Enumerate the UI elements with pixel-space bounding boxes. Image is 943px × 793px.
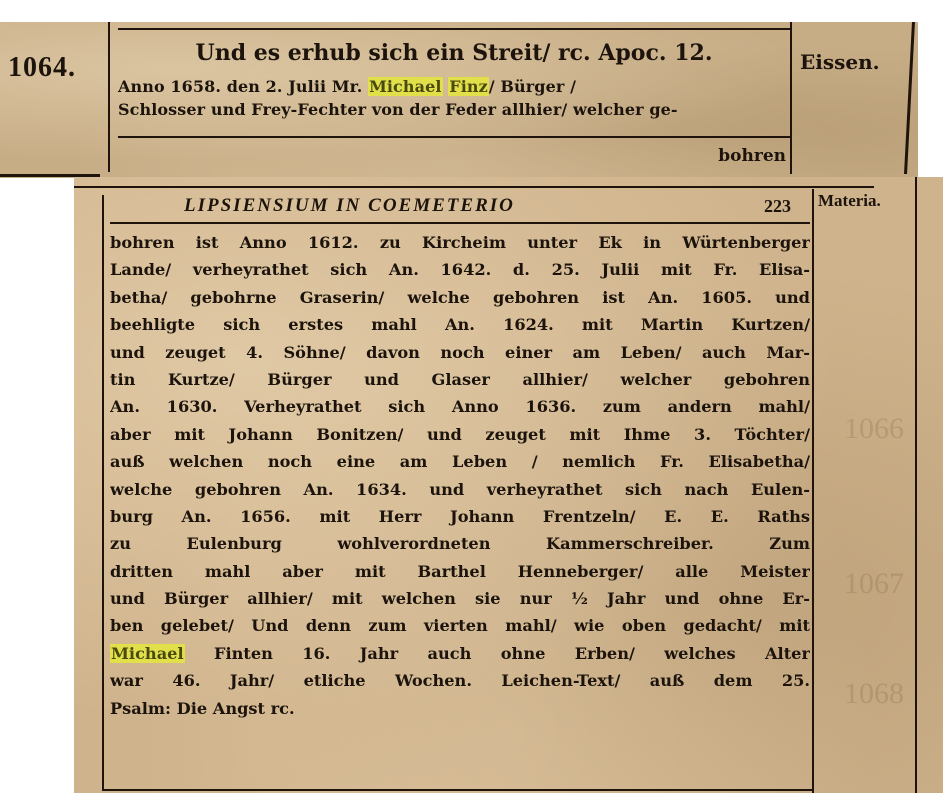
entry-number: 1064. — [8, 52, 76, 84]
text-line: Psalm: Die Angst rc. — [110, 695, 810, 722]
text-line: welche gebohren An. 1634. und verheyrath… — [110, 476, 810, 503]
bleed-through-number: 1068 — [844, 677, 904, 711]
rule-vertical — [108, 22, 110, 172]
text-segment: / Bürger / — [489, 77, 576, 96]
text-line: Schlosser und Frey-Fechter von der Feder… — [118, 100, 786, 119]
catchword: bohren — [718, 146, 786, 166]
text-line: tin Kurtze/ Bürger und Glaser allhier/ w… — [110, 366, 810, 393]
running-head: LIPSIENSIUM IN COEMETERIO — [184, 195, 515, 217]
margin-note: Eissen. — [800, 50, 880, 74]
rule-horizontal — [102, 789, 812, 791]
page-edge — [915, 177, 917, 793]
bleed-through-number: 1066 — [844, 412, 904, 446]
search-highlight: Michael — [110, 644, 185, 663]
text-line: burg An. 1656. mit Herr Johann Frentzeln… — [110, 503, 810, 530]
scan-fragment-top: 1064. Und es erhub sich ein Streit/ rc. … — [0, 22, 918, 178]
bleed-through-number: 1067 — [844, 567, 904, 601]
text-line: Anno 1658. den 2. Julii Mr. Michael Finz… — [118, 77, 786, 96]
text-line: betha/ gebohrne Graserin/ welche gebohre… — [110, 284, 810, 311]
scan-fragment-bottom: LIPSIENSIUM IN COEMETERIO 223 Materia. 1… — [74, 177, 943, 793]
text-line: An. 1630. Verheyrathet sich Anno 1636. z… — [110, 393, 810, 420]
search-highlight: Michael — [368, 77, 443, 96]
text-line: Michael Finten 16. Jahr auch ohne Erben/… — [110, 640, 810, 667]
text-line: ben gelebet/ Und denn zum vierten mahl/ … — [110, 612, 810, 639]
text-line: beehligte sich erstes mahl An. 1624. mit… — [110, 311, 810, 338]
page-edge — [904, 22, 915, 174]
page-number: 223 — [764, 196, 791, 217]
text-line: dritten mahl aber mit Barthel Henneberge… — [110, 558, 810, 585]
rule-vertical — [790, 22, 792, 174]
search-highlight: Finz — [448, 77, 489, 96]
margin-note: Materia. — [818, 191, 881, 211]
text-line: Lande/ verheyrathet sich An. 1642. d. 25… — [110, 256, 810, 283]
entry-title: Und es erhub sich ein Streit/ rc. Apoc. … — [118, 40, 790, 66]
text-segment: Finten 16. Jahr auch ohne Erben/ welches… — [214, 644, 810, 663]
text-line: auß welchen noch eine am Leben / nemlich… — [110, 448, 810, 475]
text-segment: Anno 1658. den 2. Julii Mr. — [118, 77, 362, 96]
text-line: zu Eulenburg wohlverordneten Kammerschre… — [110, 530, 810, 557]
text-line: bohren ist Anno 1612. zu Kircheim unter … — [110, 229, 810, 256]
rule-vertical — [102, 195, 104, 790]
body-text: bohren ist Anno 1612. zu Kircheim unter … — [110, 229, 810, 722]
text-line: und Bürger allhier/ mit welchen sie nur … — [110, 585, 810, 612]
rule-horizontal — [74, 186, 874, 188]
rule-horizontal — [118, 136, 790, 138]
rule-horizontal — [118, 28, 790, 30]
text-line: und zeuget 4. Söhne/ davon noch einer am… — [110, 339, 810, 366]
rule-vertical — [812, 189, 814, 793]
rule-horizontal — [110, 222, 810, 224]
text-line: aber mit Johann Bonitzen/ und zeuget mit… — [110, 421, 810, 448]
text-line: war 46. Jahr/ etliche Wochen. Leichen-Te… — [110, 667, 810, 694]
